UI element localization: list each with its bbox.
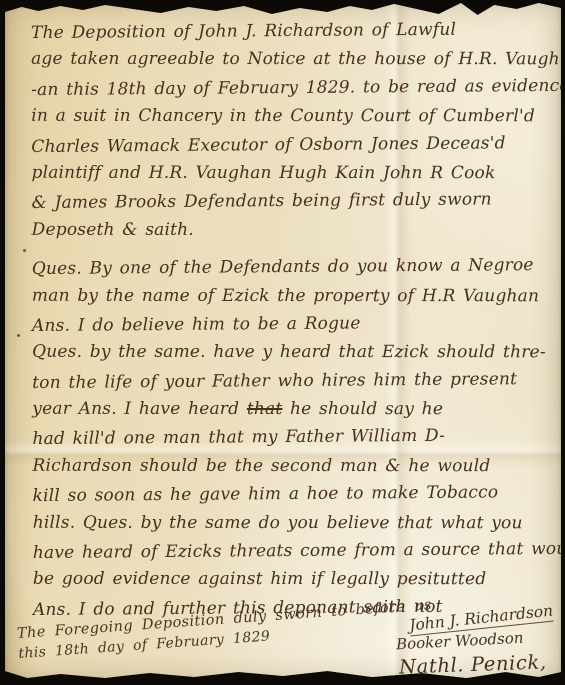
manuscript-line: hills. Ques. by the same do you believe … <box>33 508 550 537</box>
manuscript-line: plaintiff and H.R. Vaughan Hugh Kain Joh… <box>31 159 548 188</box>
manuscript-line: have heard of Ezicks threats come from a… <box>33 535 550 567</box>
signature-penick: Nathl. Penick, <box>396 653 553 676</box>
photo-background: The Deposition of John J. Richardson of … <box>0 0 565 685</box>
manuscript-line: Ques. by the same. have y heard that Ezi… <box>32 338 549 367</box>
ink-speck <box>17 334 20 337</box>
manuscript-line: Richardson should be the second man & he… <box>32 452 549 481</box>
manuscript-line: Ques. By one of the Defendants do you kn… <box>32 251 549 283</box>
ink-speck <box>23 249 26 252</box>
manuscript-line: & James Brooks Defendants being first du… <box>31 185 548 217</box>
manuscript-line: be good evidence against him if legally … <box>33 565 550 594</box>
manuscript-line: ton the life of your Father who hires hi… <box>32 365 549 397</box>
signature-richardson: John J. Richardson <box>396 608 553 629</box>
manuscript-page: The Deposition of John J. Richardson of … <box>5 0 561 682</box>
manuscript-line: -an this 18th day of February 1829. to b… <box>31 72 548 104</box>
manuscript-line: in a suit in Chancery in the County Cour… <box>31 102 548 131</box>
manuscript-line: kill so soon as he gave him a hoe to mak… <box>33 478 550 510</box>
signature-block: John J. Richardson Booker Woodson Nathl.… <box>396 608 553 676</box>
manuscript-line: age taken agreeable to Notice at the hou… <box>31 45 548 74</box>
manuscript-line: year Ans. I have heard that he should sa… <box>32 395 549 424</box>
manuscript-line: Ans. I do believe him to be a Rogue <box>32 308 549 340</box>
manuscript-line: man by the name of Ezick the property of… <box>32 281 549 310</box>
signature-woodson: Booker Woodson <box>396 631 553 650</box>
manuscript-line: had kill'd one man that my Father Willia… <box>32 421 549 453</box>
manuscript-line: Deposeth & saith. <box>32 216 549 245</box>
deposition-body: The Deposition of John J. Richardson of … <box>31 16 550 623</box>
manuscript-line: The Deposition of John J. Richardson of … <box>31 15 548 47</box>
manuscript-line: Charles Wamack Executor of Osborn Jones … <box>31 129 548 161</box>
